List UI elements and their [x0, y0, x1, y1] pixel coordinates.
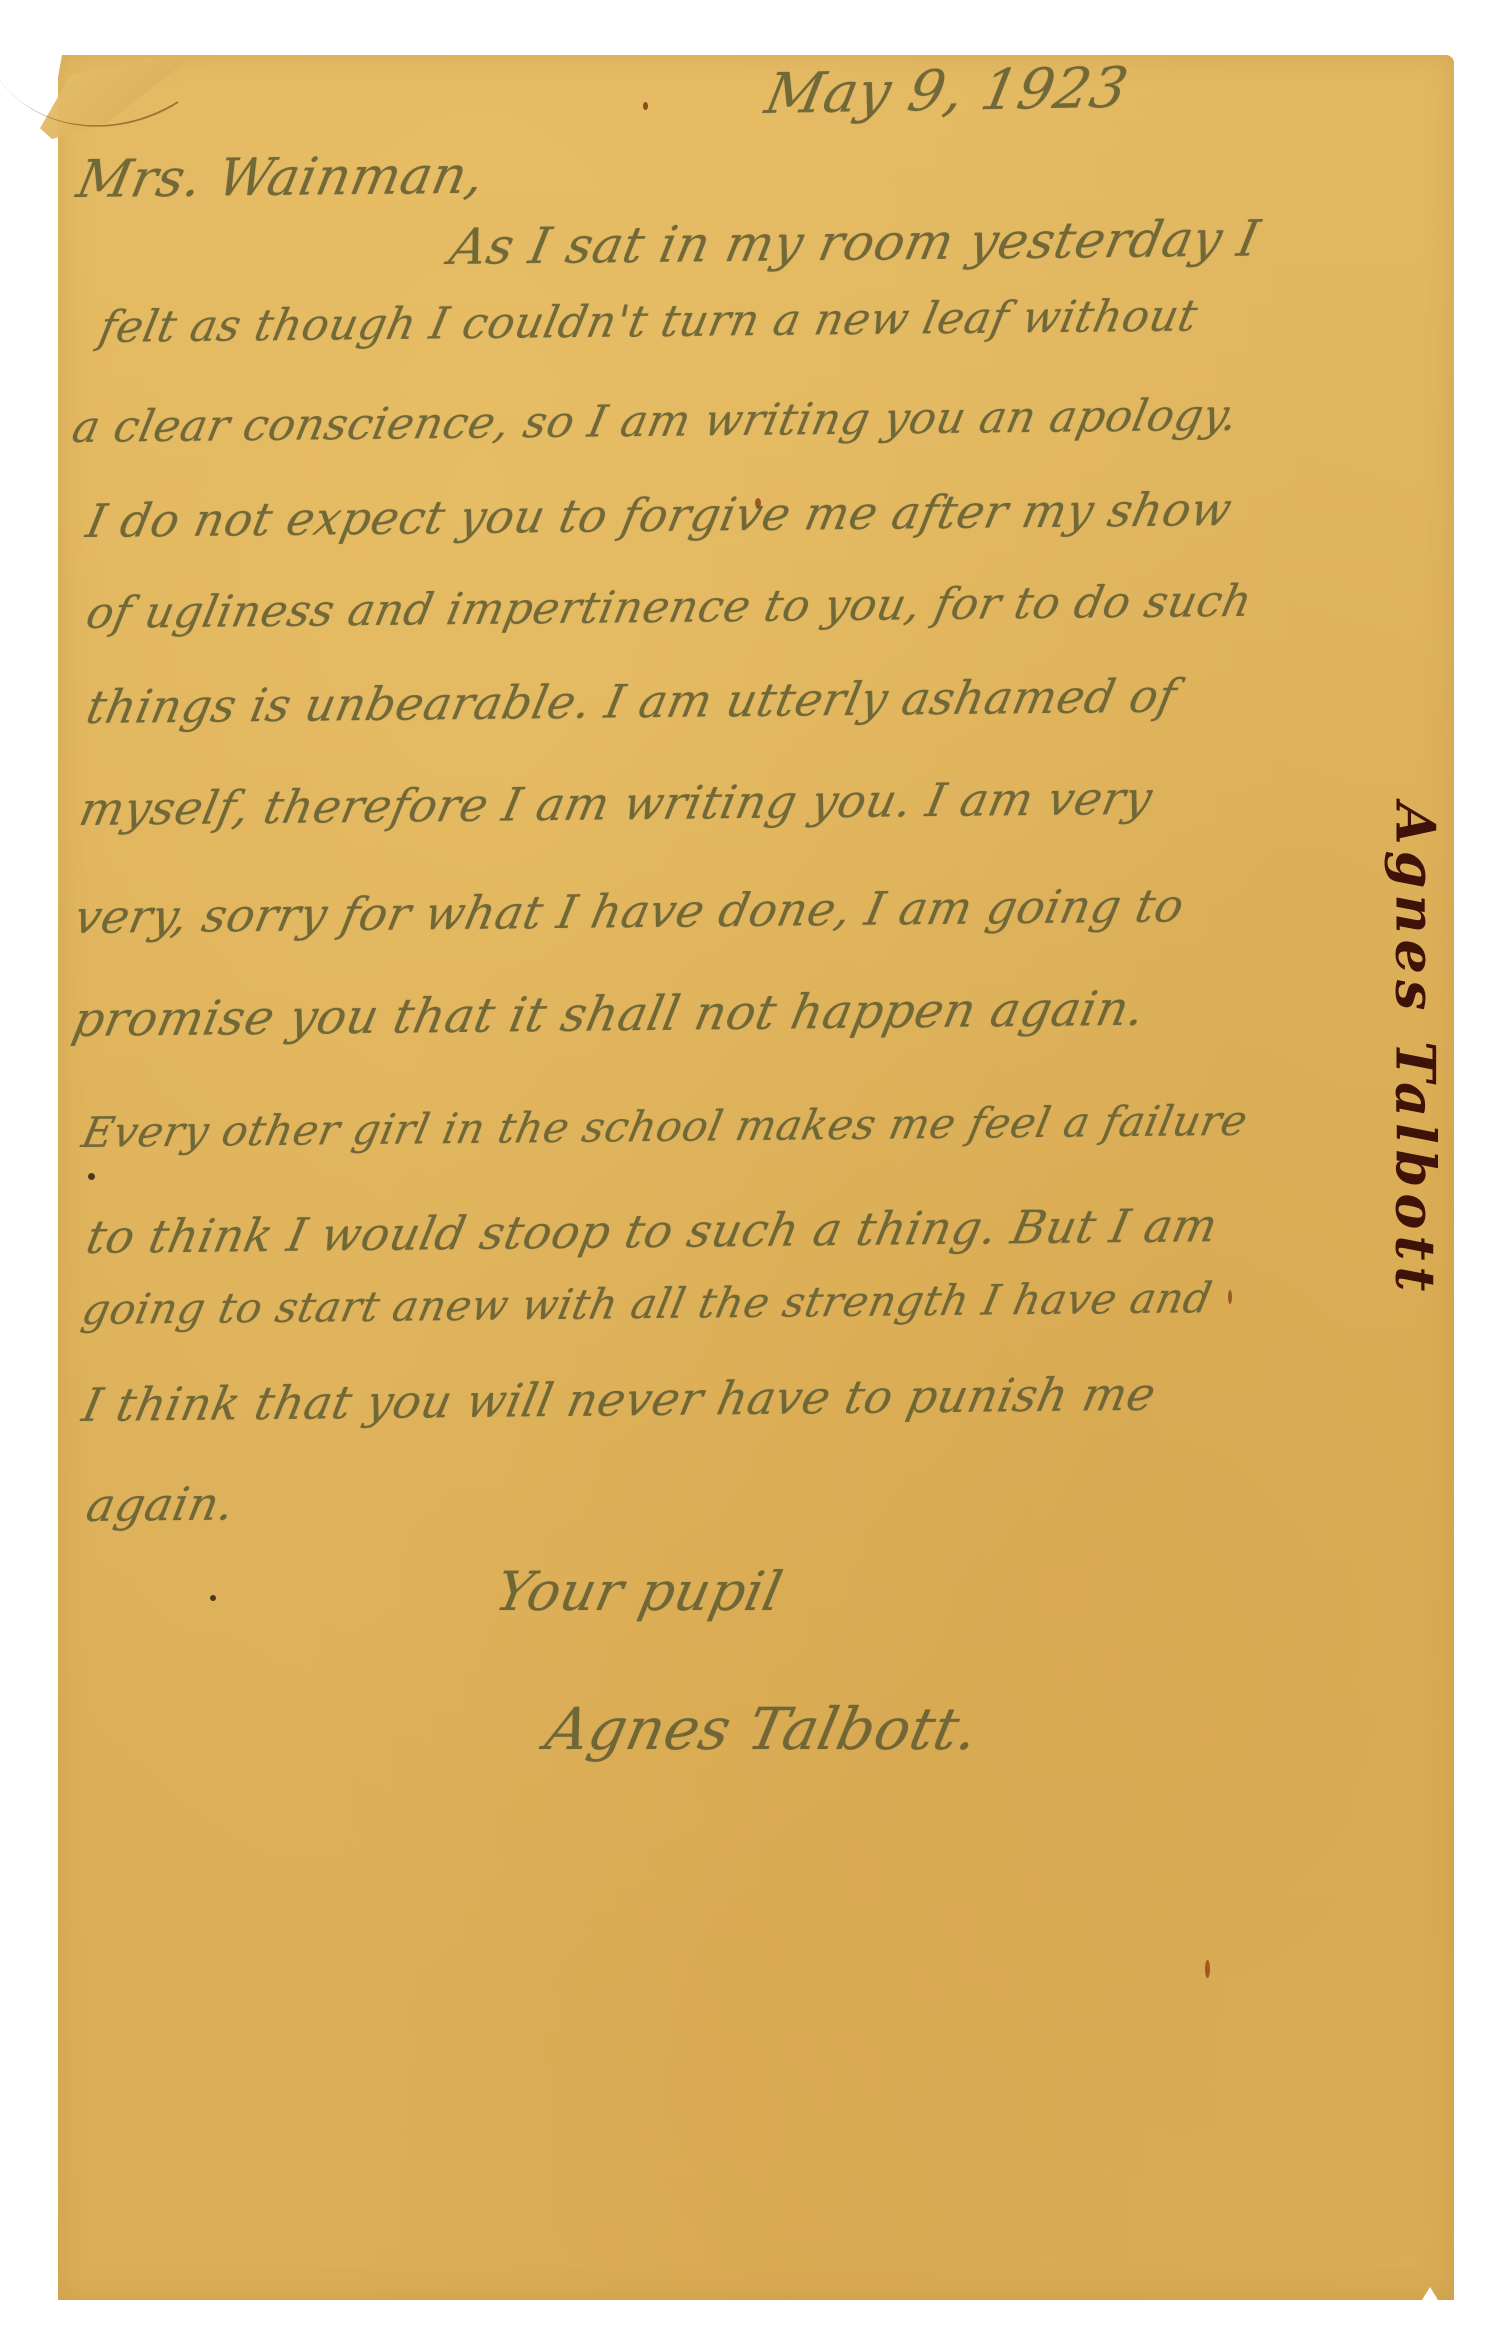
body-line: As I sat in my room yesterday I	[445, 210, 1265, 276]
body-line: things is unbearable. I am utterly asham…	[82, 669, 1182, 734]
body-line: myself, therefore I am writing you. I am…	[75, 771, 1157, 836]
salutation: Mrs. Wainman,	[72, 146, 490, 210]
body-line: promise you that it shall not happen aga…	[68, 981, 1150, 1048]
margin-annotation-text: Agnes Talbott	[1383, 803, 1447, 1298]
letter-date: May 9, 1923	[760, 56, 1133, 127]
closing: Your pupil	[490, 1560, 788, 1623]
letter-paper	[58, 55, 1454, 2300]
signature: Agnes Talbott.	[540, 1695, 985, 1763]
paper-speck	[1228, 1290, 1232, 1304]
margin-name-annotation: Agnes Talbott	[1385, 765, 1445, 1335]
body-line: again.	[82, 1476, 239, 1532]
body-line: I think that you will never have to puni…	[78, 1367, 1161, 1432]
paper-speck	[88, 1173, 95, 1180]
paper-speck	[1205, 1960, 1210, 1978]
paper-speck	[210, 1595, 216, 1601]
paper-speck	[643, 102, 648, 110]
